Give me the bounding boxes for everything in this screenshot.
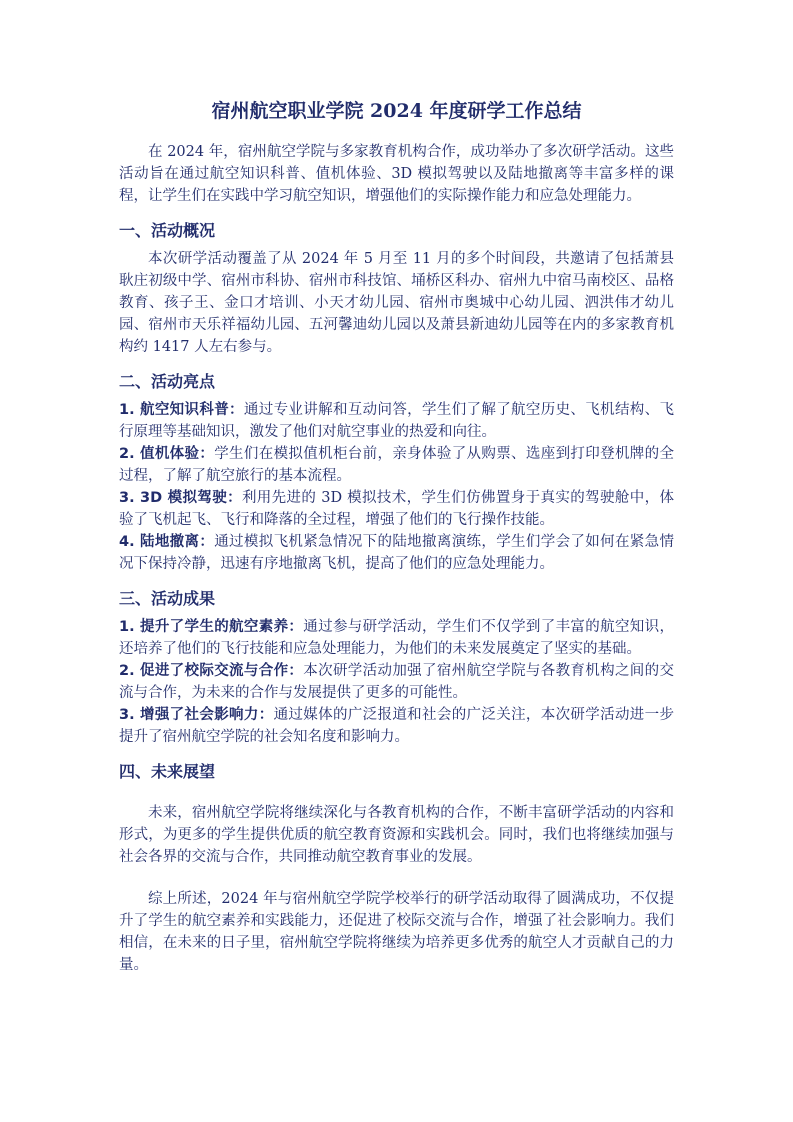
highlight-item-2: 2. 值机体验：学生们在模拟值机柜台前，亲身体验了从购票、选座到打印登机牌的全过… <box>119 443 674 487</box>
result-item-2-label: 2. 促进了校际交流与合作： <box>119 663 303 679</box>
highlight-item-3-label: 3. 3D 模拟驾驶： <box>119 490 242 506</box>
outlook-paragraph-1: 未来，宿州航空学院将继续深化与各教育机构的合作，不断丰富研学活动的内容和形式，为… <box>119 802 674 868</box>
result-item-3: 3. 增强了社会影响力：通过媒体的广泛报道和社会的广泛关注，本次研学活动进一步提… <box>119 704 674 748</box>
overview-paragraph: 本次研学活动覆盖了从 2024 年 5 月至 11 月的多个时间段，共邀请了包括… <box>119 248 674 358</box>
highlight-item-3: 3. 3D 模拟驾驶：利用先进的 3D 模拟技术，学生们仿佛置身于真实的驾驶舱中… <box>119 487 674 531</box>
document-page: 宿州航空职业学院 2024 年度研学工作总结 在 2024 年，宿州航空学院与多… <box>0 0 793 1122</box>
result-item-3-label: 3. 增强了社会影响力： <box>119 707 274 723</box>
section-heading-overview: 一、活动概况 <box>119 221 674 241</box>
section-heading-highlights: 二、活动亮点 <box>119 372 674 392</box>
document-title: 宿州航空职业学院 2024 年度研学工作总结 <box>119 97 674 125</box>
result-item-1-label: 1. 提升了学生的航空素养： <box>119 619 303 635</box>
highlight-item-4: 4. 陆地撤离：通过模拟飞机紧急情况下的陆地撤离演练，学生们学会了如何在紧急情况… <box>119 531 674 575</box>
section-heading-outlook: 四、未来展望 <box>119 762 674 782</box>
outlook-paragraph-2: 综上所述，2024 年与宿州航空学院学校举行的研学活动取得了圆满成功，不仅提升了… <box>119 888 674 976</box>
highlight-item-1: 1. 航空知识科普：通过专业讲解和互动问答，学生们了解了航空历史、飞机结构、飞行… <box>119 399 674 443</box>
intro-paragraph: 在 2024 年，宿州航空学院与多家教育机构合作，成功举办了多次研学活动。这些活… <box>119 141 674 207</box>
result-item-2: 2. 促进了校际交流与合作：本次研学活动加强了宿州航空学院与各教育机构之间的交流… <box>119 660 674 704</box>
section-heading-results: 三、活动成果 <box>119 589 674 609</box>
highlight-item-2-label: 2. 值机体验： <box>119 446 214 462</box>
highlight-item-1-label: 1. 航空知识科普： <box>119 402 244 418</box>
highlight-item-4-label: 4. 陆地撤离： <box>119 534 214 550</box>
result-item-1: 1. 提升了学生的航空素养：通过参与研学活动，学生们不仅学到了丰富的航空知识，还… <box>119 616 674 660</box>
